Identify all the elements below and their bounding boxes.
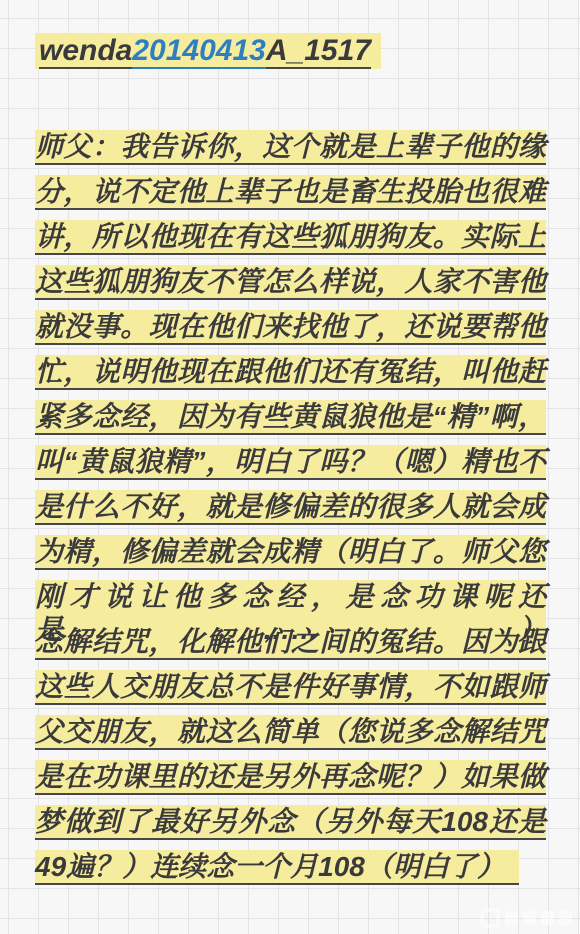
text-line: 49遍？）连续念一个月108（明白了） — [35, 850, 546, 895]
text-line: 是在功课里的还是另外再念呢？）如果做 — [35, 760, 546, 805]
app-watermark — [480, 908, 572, 928]
text-line: 就没事。现在他们来找他了，还说要帮他 — [35, 310, 546, 355]
text-line-content: 为精，修偏差就会成精（明白了。师父您 — [35, 535, 546, 570]
text-line-content: 分，说不定他上辈子也是畜生投胎也很难 — [35, 175, 546, 210]
text-line: 是什么不好，就是修偏差的很多人就会成 — [35, 490, 546, 535]
title-prefix: wenda — [39, 34, 132, 69]
transcript-document: wenda20140413A_1517 师父：我告诉你，这个就是上辈子他的缘 分… — [35, 33, 546, 895]
text-line-content: 49遍？）连续念一个月108（明白了） — [35, 850, 519, 885]
watermark-glyph — [559, 911, 572, 925]
text-line: 分，说不定他上辈子也是畜生投胎也很难 — [35, 175, 546, 220]
title-date-link[interactable]: 20140413 — [132, 34, 265, 69]
page-title: wenda20140413A_1517 — [35, 33, 546, 70]
text-line-content: 这些人交朋友总不是件好事情，不如跟师 — [35, 670, 546, 705]
text-line: 这些狐朋狗友不管怎么样说，人家不害他 — [35, 265, 546, 310]
title-suffix: A_1517 — [266, 34, 371, 69]
text-line-content: 梦做到了最好另外念（另外每天108还是 — [35, 805, 546, 840]
screenshot-page: { "page": { "background_color": "#f7f7f8… — [0, 0, 580, 934]
text-line: 忙，说明他现在跟他们还有冤结，叫他赶 — [35, 355, 546, 400]
text-line: 叫“黄鼠狼精”，明白了吗？（嗯）精也不 — [35, 445, 546, 490]
text-line: 父交朋友，就这么简单（您说多念解结咒 — [35, 715, 546, 760]
text-line: 刚才说让他多念经，是念功课呢还是……） — [35, 580, 546, 625]
text-line-content: 叫“黄鼠狼精”，明白了吗？（嗯）精也不 — [35, 445, 546, 480]
text-line-content: 是什么不好，就是修偏差的很多人就会成 — [35, 490, 546, 525]
watermark-glyph — [541, 911, 554, 925]
text-line: 这些人交朋友总不是件好事情，不如跟师 — [35, 670, 546, 715]
watermark-glyph — [505, 911, 518, 925]
text-line: 讲，所以他现在有这些狐朋狗友。实际上 — [35, 220, 546, 265]
text-line-content: 就没事。现在他们来找他了，还说要帮他 — [35, 310, 546, 345]
text-line-content: 紧多念经，因为有些黄鼠狼他是“精”啊， — [35, 400, 546, 435]
title-highlight: wenda20140413A_1517 — [35, 33, 381, 69]
text-line-content: 讲，所以他现在有这些狐朋狗友。实际上 — [35, 220, 546, 255]
text-line-content: 忙，说明他现在跟他们还有冤结，叫他赶 — [35, 355, 546, 390]
watermark-glyph — [523, 911, 536, 925]
text-line: 梦做到了最好另外念（另外每天108还是 — [35, 805, 546, 850]
text-line-content: 念解结咒，化解他们之间的冤结。因为跟 — [35, 625, 546, 660]
text-line-content: 这些狐朋狗友不管怎么样说，人家不害他 — [35, 265, 546, 300]
text-line: 师父：我告诉你，这个就是上辈子他的缘 — [35, 130, 546, 175]
text-line: 念解结咒，化解他们之间的冤结。因为跟 — [35, 625, 546, 670]
text-line: 紧多念经，因为有些黄鼠狼他是“精”啊， — [35, 400, 546, 445]
text-line: 为精，修偏差就会成精（明白了。师父您 — [35, 535, 546, 580]
watermark-logo-icon — [480, 908, 500, 928]
text-line-content: 师父：我告诉你，这个就是上辈子他的缘 — [35, 130, 546, 165]
text-line-content: 是在功课里的还是另外再念呢？）如果做 — [35, 760, 546, 795]
text-line-content: 父交朋友，就这么简单（您说多念解结咒 — [35, 715, 546, 750]
transcript-body: 师父：我告诉你，这个就是上辈子他的缘 分，说不定他上辈子也是畜生投胎也很难 讲，… — [35, 130, 546, 895]
